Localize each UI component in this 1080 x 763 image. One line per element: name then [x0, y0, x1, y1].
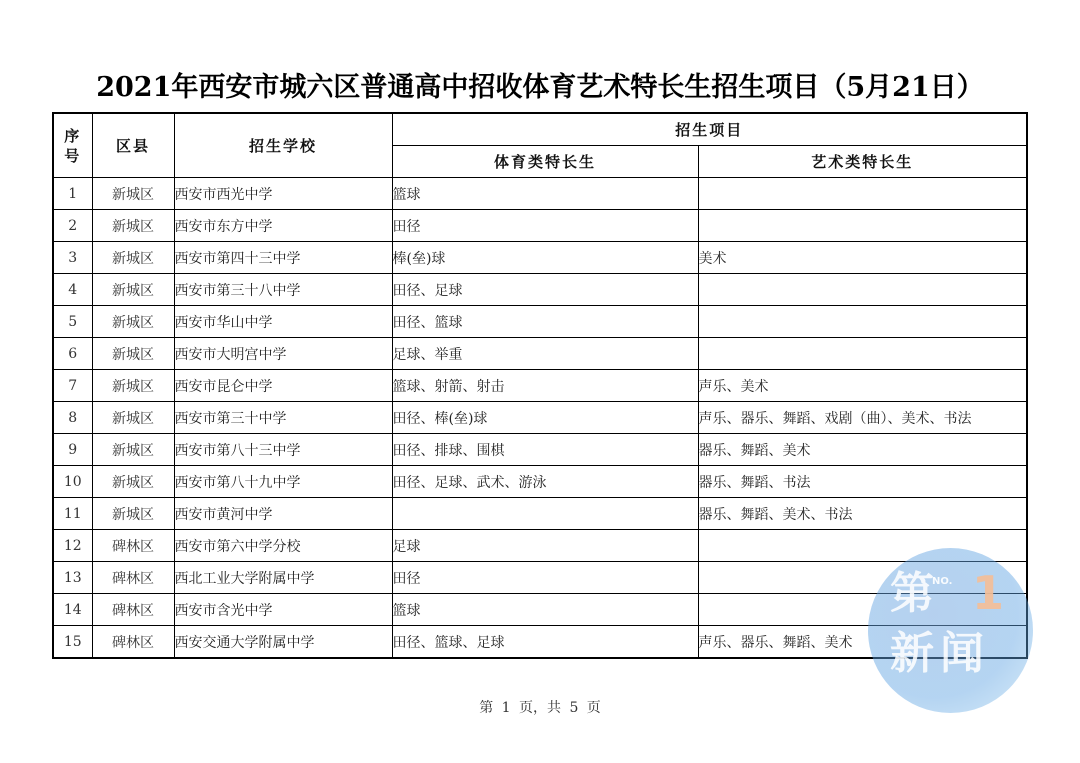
table-row: 2新城区西安市东方中学田径 [53, 210, 1027, 242]
school-cell: 西安市西光中学 [174, 178, 392, 210]
header-district: 区县 [92, 113, 174, 178]
arts-items-cell [698, 210, 1027, 242]
school-cell: 西安交通大学附属中学 [174, 626, 392, 659]
table-row: 6新城区西安市大明宫中学足球、举重 [53, 338, 1027, 370]
arts-items-cell: 器乐、舞蹈、书法 [698, 466, 1027, 498]
school-cell: 西安市第四十三中学 [174, 242, 392, 274]
table-row: 15碑林区西安交通大学附属中学田径、篮球、足球声乐、器乐、舞蹈、美术 [53, 626, 1027, 659]
school-cell: 西安市昆仑中学 [174, 370, 392, 402]
row-number: 3 [53, 242, 92, 274]
school-cell: 西安市含光中学 [174, 594, 392, 626]
row-number: 10 [53, 466, 92, 498]
row-number: 1 [53, 178, 92, 210]
sports-items-cell [392, 498, 698, 530]
district-cell: 碑林区 [92, 626, 174, 659]
row-number: 14 [53, 594, 92, 626]
row-number: 13 [53, 562, 92, 594]
arts-items-cell [698, 594, 1027, 626]
district-cell: 碑林区 [92, 594, 174, 626]
arts-items-cell: 器乐、舞蹈、美术 [698, 434, 1027, 466]
row-number: 15 [53, 626, 92, 659]
sports-items-cell: 篮球、射箭、射击 [392, 370, 698, 402]
header-seq-line1: 序 [64, 127, 81, 145]
sports-items-cell: 田径、棒(垒)球 [392, 402, 698, 434]
arts-items-cell [698, 562, 1027, 594]
table-row: 12碑林区西安市第六中学分校足球 [53, 530, 1027, 562]
arts-items-cell: 声乐、器乐、舞蹈、美术 [698, 626, 1027, 659]
table-row: 4新城区西安市第三十八中学田径、足球 [53, 274, 1027, 306]
district-cell: 新城区 [92, 242, 174, 274]
school-cell: 西安市东方中学 [174, 210, 392, 242]
district-cell: 新城区 [92, 210, 174, 242]
sports-items-cell: 田径、篮球 [392, 306, 698, 338]
sports-items-cell: 篮球 [392, 178, 698, 210]
row-number: 9 [53, 434, 92, 466]
header-sports: 体育类特长生 [392, 146, 698, 178]
school-cell: 西北工业大学附属中学 [174, 562, 392, 594]
arts-items-cell [698, 338, 1027, 370]
table-row: 14碑林区西安市含光中学篮球 [53, 594, 1027, 626]
table-row: 7新城区西安市昆仑中学篮球、射箭、射击声乐、美术 [53, 370, 1027, 402]
school-cell: 西安市第六中学分校 [174, 530, 392, 562]
sports-items-cell: 棒(垒)球 [392, 242, 698, 274]
school-cell: 西安市第三十中学 [174, 402, 392, 434]
row-number: 7 [53, 370, 92, 402]
district-cell: 新城区 [92, 370, 174, 402]
header-admission-items: 招生项目 [392, 113, 1027, 146]
sports-items-cell: 田径 [392, 210, 698, 242]
row-number: 11 [53, 498, 92, 530]
district-cell: 新城区 [92, 306, 174, 338]
arts-items-cell: 声乐、器乐、舞蹈、戏剧（曲）、美术、书法 [698, 402, 1027, 434]
district-cell: 新城区 [92, 338, 174, 370]
sports-items-cell: 足球 [392, 530, 698, 562]
school-cell: 西安市大明宫中学 [174, 338, 392, 370]
arts-items-cell: 器乐、舞蹈、美术、书法 [698, 498, 1027, 530]
header-arts: 艺术类特长生 [698, 146, 1027, 178]
arts-items-cell [698, 306, 1027, 338]
table-row: 13碑林区西北工业大学附属中学田径 [53, 562, 1027, 594]
district-cell: 碑林区 [92, 562, 174, 594]
school-cell: 西安市第八十九中学 [174, 466, 392, 498]
arts-items-cell: 美术 [698, 242, 1027, 274]
header-seq-line2: 号 [64, 147, 81, 165]
row-number: 12 [53, 530, 92, 562]
arts-items-cell: 声乐、美术 [698, 370, 1027, 402]
sports-items-cell: 田径、排球、围棋 [392, 434, 698, 466]
header-school: 招生学校 [174, 113, 392, 178]
district-cell: 新城区 [92, 402, 174, 434]
school-cell: 西安市第三十八中学 [174, 274, 392, 306]
page-footer: 第 1 页，共 5 页 [0, 697, 1080, 717]
row-number: 4 [53, 274, 92, 306]
row-number: 2 [53, 210, 92, 242]
table-row: 3新城区西安市第四十三中学棒(垒)球美术 [53, 242, 1027, 274]
sports-items-cell: 田径、篮球、足球 [392, 626, 698, 659]
table-row: 1新城区西安市西光中学篮球 [53, 178, 1027, 210]
sports-items-cell: 田径、足球、武术、游泳 [392, 466, 698, 498]
arts-items-cell [698, 530, 1027, 562]
district-cell: 新城区 [92, 466, 174, 498]
district-cell: 碑林区 [92, 530, 174, 562]
row-number: 5 [53, 306, 92, 338]
school-cell: 西安市黄河中学 [174, 498, 392, 530]
document-title: 2021年西安市城六区普通高中招收体育艺术特长生招生项目（5月21日） [0, 68, 1080, 108]
district-cell: 新城区 [92, 498, 174, 530]
row-number: 6 [53, 338, 92, 370]
sports-items-cell: 足球、举重 [392, 338, 698, 370]
header-seq: 序 号 [53, 113, 92, 178]
table-row: 10新城区西安市第八十九中学田径、足球、武术、游泳器乐、舞蹈、书法 [53, 466, 1027, 498]
arts-items-cell [698, 274, 1027, 306]
table-row: 8新城区西安市第三十中学田径、棒(垒)球声乐、器乐、舞蹈、戏剧（曲）、美术、书法 [53, 402, 1027, 434]
arts-items-cell [698, 178, 1027, 210]
district-cell: 新城区 [92, 434, 174, 466]
table-row: 11新城区西安市黄河中学器乐、舞蹈、美术、书法 [53, 498, 1027, 530]
sports-items-cell: 田径 [392, 562, 698, 594]
sports-items-cell: 篮球 [392, 594, 698, 626]
table-row: 5新城区西安市华山中学田径、篮球 [53, 306, 1027, 338]
district-cell: 新城区 [92, 178, 174, 210]
sports-items-cell: 田径、足球 [392, 274, 698, 306]
district-cell: 新城区 [92, 274, 174, 306]
table-row: 9新城区西安市第八十三中学田径、排球、围棋器乐、舞蹈、美术 [53, 434, 1027, 466]
school-cell: 西安市华山中学 [174, 306, 392, 338]
school-cell: 西安市第八十三中学 [174, 434, 392, 466]
admissions-table: 序 号 区县 招生学校 招生项目 体育类特长生 艺术类特长生 1新城区西安市西光… [52, 112, 1028, 659]
row-number: 8 [53, 402, 92, 434]
